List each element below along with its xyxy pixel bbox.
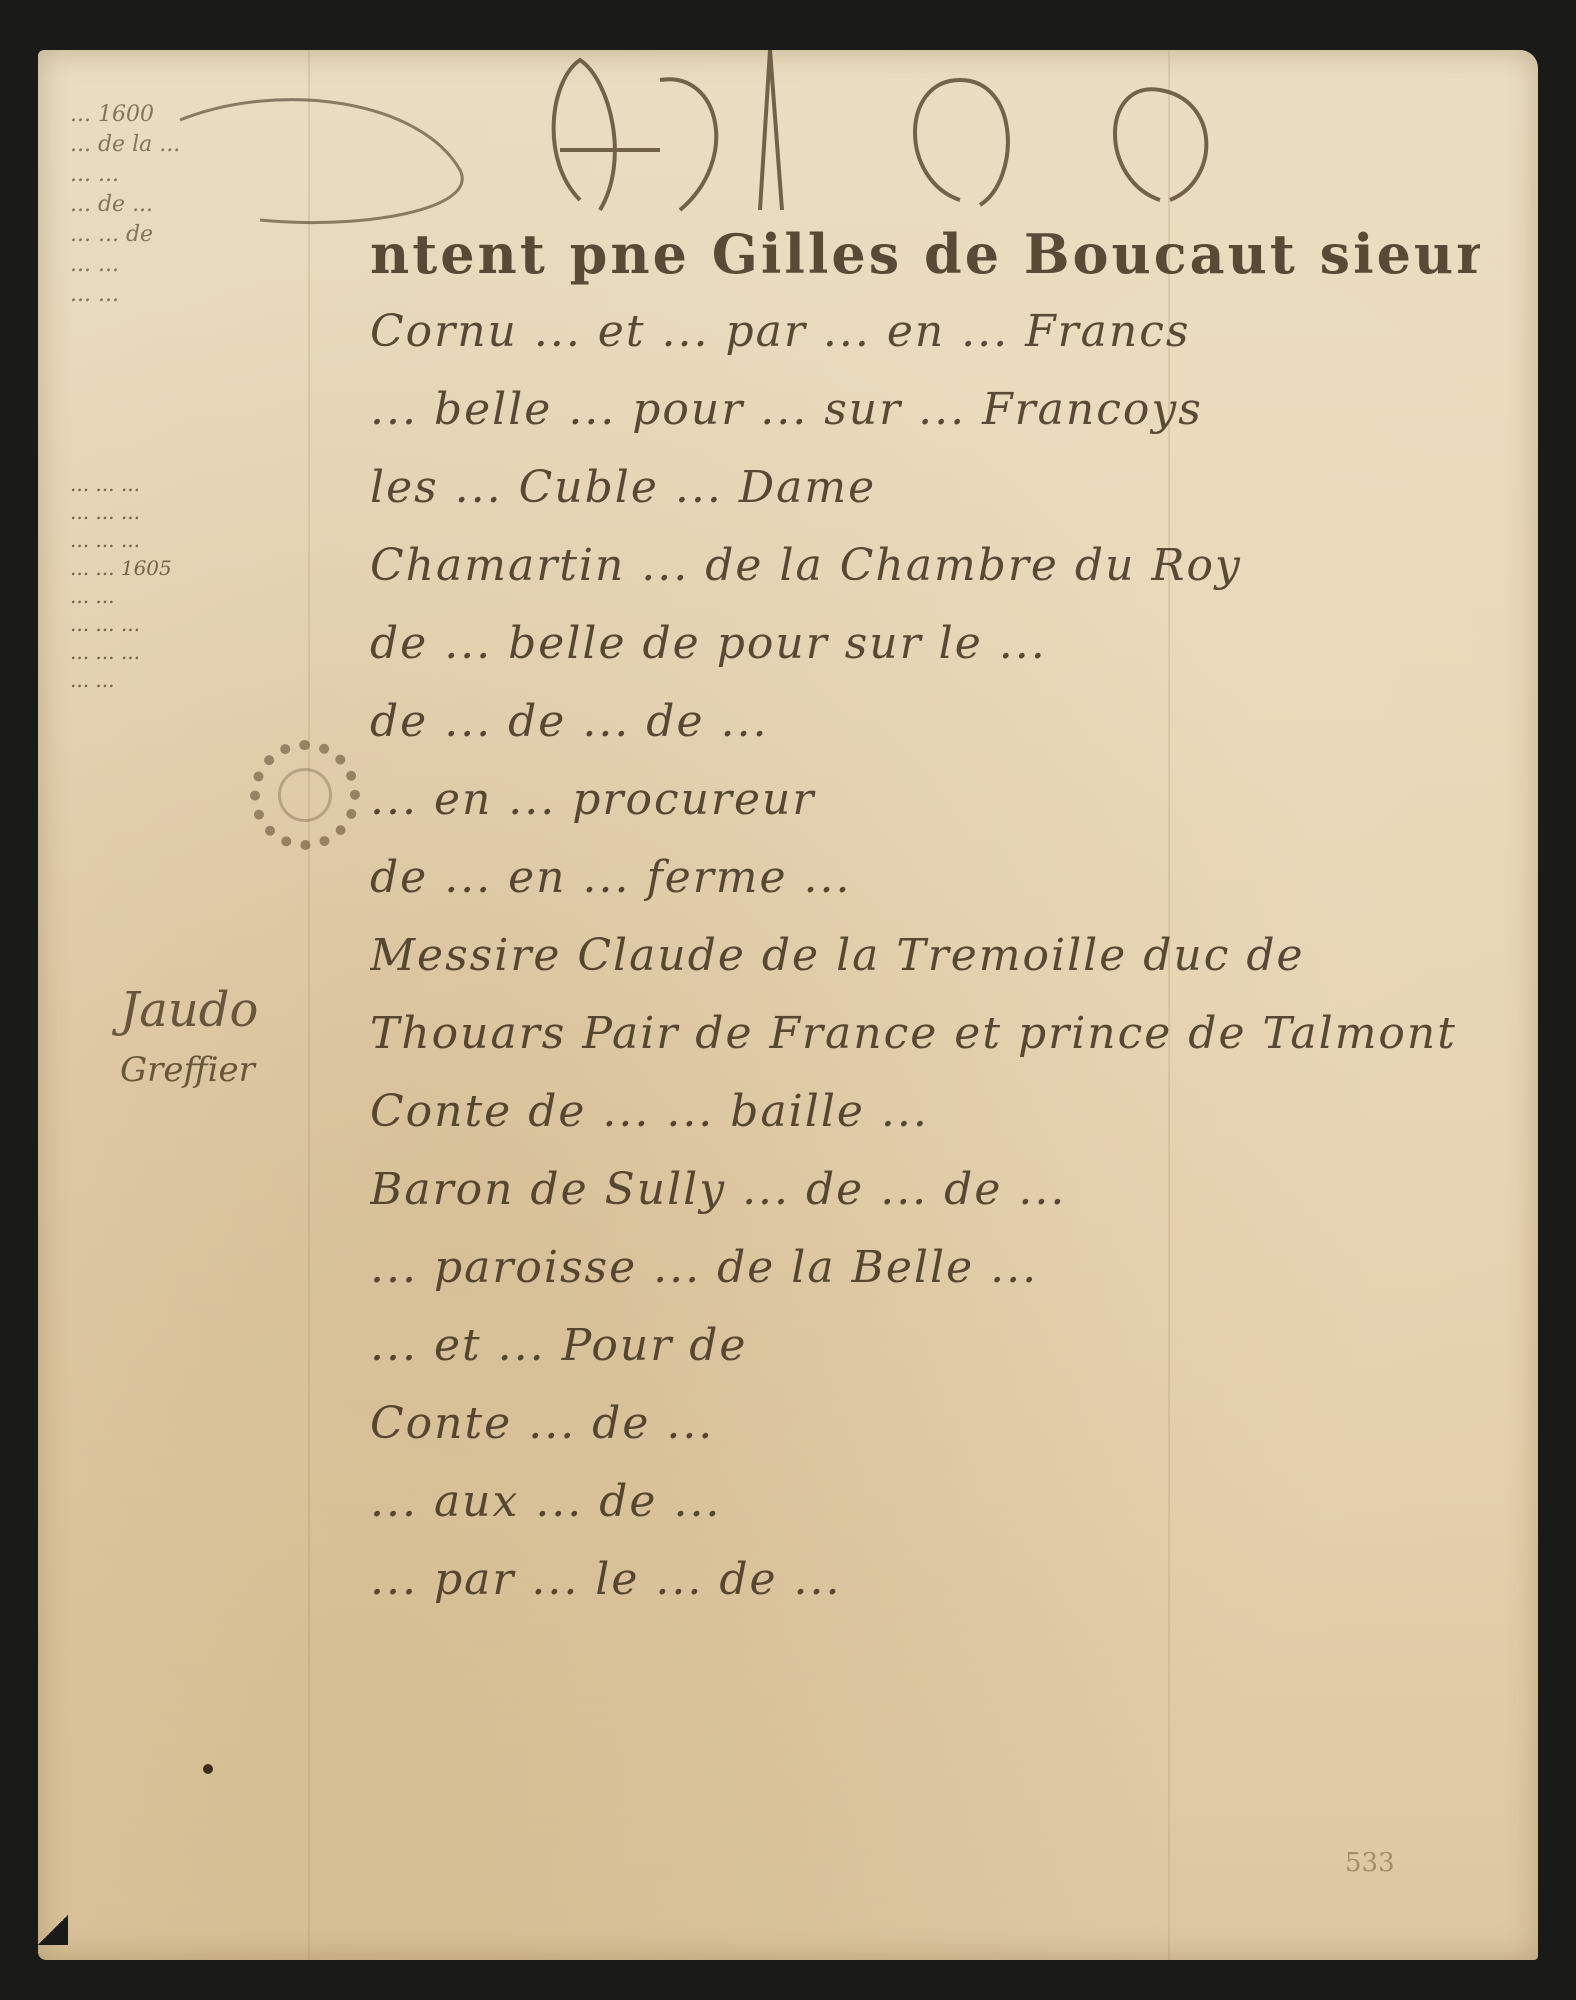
body-line: ... par ... le ... de ... xyxy=(370,1541,1480,1619)
body-line: Thouars Pair de France et prince de Talm… xyxy=(370,995,1480,1073)
heading-flourish-icon xyxy=(520,40,1420,230)
ink-dot xyxy=(203,1764,213,1774)
margin-notes-top: ... 1600 ... de la ... ... ... ... de ..… xyxy=(70,100,370,310)
body-line: de ... en ... ferme ... xyxy=(370,839,1480,917)
folio-number: 533 xyxy=(1345,1848,1395,1878)
body-line: de ... belle de pour sur le ... xyxy=(370,605,1480,683)
ink-stamp-icon xyxy=(250,740,360,850)
body-line: ... belle ... pour ... sur ... Francoys xyxy=(370,371,1480,449)
body-line: Cornu ... et ... par ... en ... Francs xyxy=(370,293,1480,371)
manuscript-body: ntent pne Gilles de Boucaut sieur du Dur… xyxy=(370,215,1480,1619)
body-line: de ... de ... de ... xyxy=(370,683,1480,761)
column-fold xyxy=(308,50,310,1960)
body-line: les ... Cuble ... Dame xyxy=(370,449,1480,527)
body-line: Chamartin ... de la Chambre du Roy xyxy=(370,527,1480,605)
body-line: Messire Claude de la Tremoille duc de xyxy=(370,917,1480,995)
page-corner xyxy=(38,1915,68,1945)
body-line: Baron de Sully ... de ... de ... xyxy=(370,1151,1480,1229)
body-line: ... et ... Pour de xyxy=(370,1307,1480,1385)
body-line: ... paroisse ... de la Belle ... xyxy=(370,1229,1480,1307)
body-line: ntent pne Gilles de Boucaut sieur du Dur xyxy=(370,215,1480,293)
body-line: Conte de ... ... baille ... xyxy=(370,1073,1480,1151)
margin-notes-middle: ... ... ... ... ... ... ... ... ... ... … xyxy=(70,470,370,694)
body-line: ... aux ... de ... xyxy=(370,1463,1480,1541)
body-line: Conte ... de ... xyxy=(370,1385,1480,1463)
signature: Jaudo Greffier xyxy=(120,980,258,1100)
body-line: ... en ... procureur xyxy=(370,761,1480,839)
